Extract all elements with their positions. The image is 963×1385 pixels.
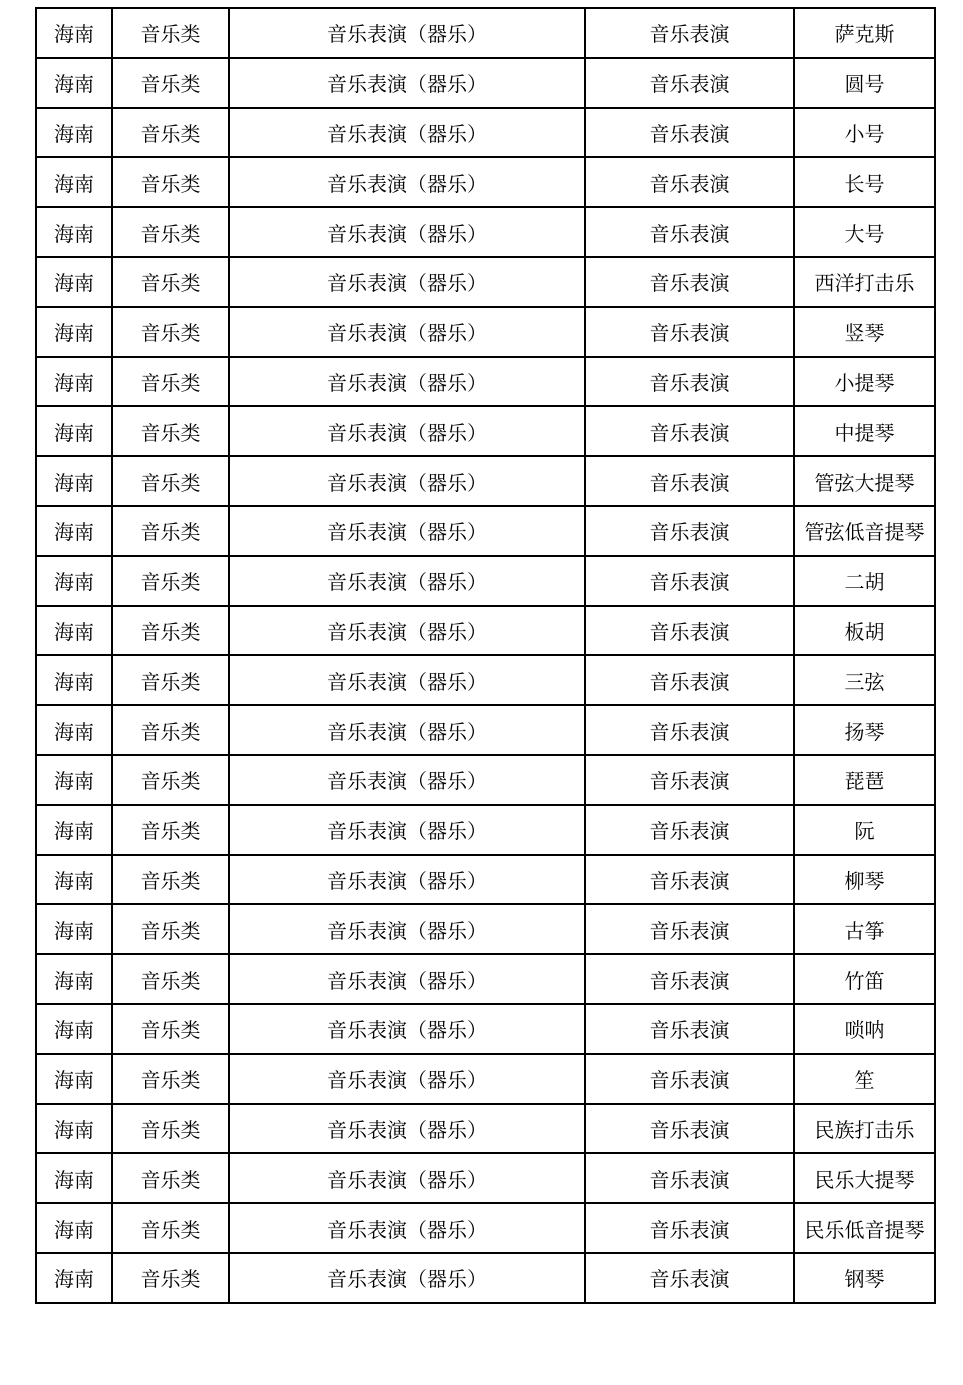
cell-exam-subject: 音乐表演 <box>585 58 794 108</box>
cell-category: 音乐类 <box>112 456 229 506</box>
cell-category: 音乐类 <box>112 1004 229 1054</box>
cell-category: 音乐类 <box>112 1104 229 1154</box>
table-row: 海南音乐类音乐表演（器乐）音乐表演长号 <box>36 157 935 207</box>
cell-category: 音乐类 <box>112 855 229 905</box>
cell-category: 音乐类 <box>112 755 229 805</box>
cell-instrument: 中提琴 <box>794 406 935 456</box>
table-row: 海南音乐类音乐表演（器乐）音乐表演西洋打击乐 <box>36 257 935 307</box>
cell-instrument: 笙 <box>794 1054 935 1104</box>
cell-region: 海南 <box>36 157 112 207</box>
cell-exam-subject: 音乐表演 <box>585 855 794 905</box>
cell-instrument: 小提琴 <box>794 357 935 407</box>
table-row: 海南音乐类音乐表演（器乐）音乐表演中提琴 <box>36 406 935 456</box>
cell-category: 音乐类 <box>112 556 229 606</box>
cell-instrument: 民乐低音提琴 <box>794 1203 935 1253</box>
cell-region: 海南 <box>36 556 112 606</box>
cell-region: 海南 <box>36 805 112 855</box>
cell-region: 海南 <box>36 1004 112 1054</box>
table-row: 海南音乐类音乐表演（器乐）音乐表演钢琴 <box>36 1253 935 1303</box>
cell-region: 海南 <box>36 904 112 954</box>
cell-region: 海南 <box>36 954 112 1004</box>
instrument-table: 海南音乐类音乐表演（器乐）音乐表演萨克斯海南音乐类音乐表演（器乐）音乐表演圆号海… <box>35 7 936 1304</box>
cell-major: 音乐表演（器乐） <box>229 755 585 805</box>
cell-instrument: 圆号 <box>794 58 935 108</box>
cell-major: 音乐表演（器乐） <box>229 705 585 755</box>
cell-region: 海南 <box>36 207 112 257</box>
cell-exam-subject: 音乐表演 <box>585 456 794 506</box>
cell-region: 海南 <box>36 307 112 357</box>
cell-category: 音乐类 <box>112 1253 229 1303</box>
cell-category: 音乐类 <box>112 904 229 954</box>
cell-major: 音乐表演（器乐） <box>229 1153 585 1203</box>
cell-exam-subject: 音乐表演 <box>585 1253 794 1303</box>
cell-region: 海南 <box>36 456 112 506</box>
table-row: 海南音乐类音乐表演（器乐）音乐表演三弦 <box>36 655 935 705</box>
cell-instrument: 唢呐 <box>794 1004 935 1054</box>
cell-category: 音乐类 <box>112 506 229 556</box>
cell-region: 海南 <box>36 1104 112 1154</box>
table-row: 海南音乐类音乐表演（器乐）音乐表演萨克斯 <box>36 8 935 58</box>
cell-instrument: 柳琴 <box>794 855 935 905</box>
cell-major: 音乐表演（器乐） <box>229 157 585 207</box>
cell-major: 音乐表演（器乐） <box>229 58 585 108</box>
cell-category: 音乐类 <box>112 108 229 158</box>
cell-exam-subject: 音乐表演 <box>585 1203 794 1253</box>
cell-category: 音乐类 <box>112 307 229 357</box>
cell-major: 音乐表演（器乐） <box>229 904 585 954</box>
cell-major: 音乐表演（器乐） <box>229 506 585 556</box>
table-row: 海南音乐类音乐表演（器乐）音乐表演古筝 <box>36 904 935 954</box>
cell-exam-subject: 音乐表演 <box>585 207 794 257</box>
table-row: 海南音乐类音乐表演（器乐）音乐表演竹笛 <box>36 954 935 1004</box>
cell-region: 海南 <box>36 108 112 158</box>
cell-category: 音乐类 <box>112 1054 229 1104</box>
table-row: 海南音乐类音乐表演（器乐）音乐表演二胡 <box>36 556 935 606</box>
cell-exam-subject: 音乐表演 <box>585 1153 794 1203</box>
cell-region: 海南 <box>36 1153 112 1203</box>
cell-major: 音乐表演（器乐） <box>229 406 585 456</box>
cell-region: 海南 <box>36 8 112 58</box>
cell-exam-subject: 音乐表演 <box>585 556 794 606</box>
cell-category: 音乐类 <box>112 1153 229 1203</box>
table-row: 海南音乐类音乐表演（器乐）音乐表演琵琶 <box>36 755 935 805</box>
cell-instrument: 大号 <box>794 207 935 257</box>
cell-exam-subject: 音乐表演 <box>585 307 794 357</box>
cell-region: 海南 <box>36 506 112 556</box>
cell-category: 音乐类 <box>112 954 229 1004</box>
table-body: 海南音乐类音乐表演（器乐）音乐表演萨克斯海南音乐类音乐表演（器乐）音乐表演圆号海… <box>36 8 935 1303</box>
table-row: 海南音乐类音乐表演（器乐）音乐表演扬琴 <box>36 705 935 755</box>
cell-major: 音乐表演（器乐） <box>229 257 585 307</box>
cell-category: 音乐类 <box>112 157 229 207</box>
cell-instrument: 民族打击乐 <box>794 1104 935 1154</box>
cell-instrument: 钢琴 <box>794 1253 935 1303</box>
cell-region: 海南 <box>36 257 112 307</box>
table-row: 海南音乐类音乐表演（器乐）音乐表演竖琴 <box>36 307 935 357</box>
cell-exam-subject: 音乐表演 <box>585 108 794 158</box>
cell-major: 音乐表演（器乐） <box>229 207 585 257</box>
cell-category: 音乐类 <box>112 705 229 755</box>
cell-exam-subject: 音乐表演 <box>585 406 794 456</box>
cell-major: 音乐表演（器乐） <box>229 456 585 506</box>
cell-exam-subject: 音乐表演 <box>585 705 794 755</box>
cell-instrument: 阮 <box>794 805 935 855</box>
cell-instrument: 三弦 <box>794 655 935 705</box>
cell-major: 音乐表演（器乐） <box>229 8 585 58</box>
cell-instrument: 古筝 <box>794 904 935 954</box>
table-row: 海南音乐类音乐表演（器乐）音乐表演笙 <box>36 1054 935 1104</box>
cell-exam-subject: 音乐表演 <box>585 755 794 805</box>
cell-major: 音乐表演（器乐） <box>229 954 585 1004</box>
cell-instrument: 管弦大提琴 <box>794 456 935 506</box>
cell-category: 音乐类 <box>112 8 229 58</box>
cell-category: 音乐类 <box>112 357 229 407</box>
table-row: 海南音乐类音乐表演（器乐）音乐表演板胡 <box>36 606 935 656</box>
cell-instrument: 长号 <box>794 157 935 207</box>
table-row: 海南音乐类音乐表演（器乐）音乐表演阮 <box>36 805 935 855</box>
cell-instrument: 扬琴 <box>794 705 935 755</box>
cell-instrument: 管弦低音提琴 <box>794 506 935 556</box>
cell-region: 海南 <box>36 755 112 805</box>
cell-instrument: 萨克斯 <box>794 8 935 58</box>
table-row: 海南音乐类音乐表演（器乐）音乐表演小提琴 <box>36 357 935 407</box>
table-row: 海南音乐类音乐表演（器乐）音乐表演圆号 <box>36 58 935 108</box>
cell-exam-subject: 音乐表演 <box>585 655 794 705</box>
cell-exam-subject: 音乐表演 <box>585 1054 794 1104</box>
cell-major: 音乐表演（器乐） <box>229 855 585 905</box>
cell-region: 海南 <box>36 1054 112 1104</box>
cell-category: 音乐类 <box>112 1203 229 1253</box>
cell-category: 音乐类 <box>112 655 229 705</box>
cell-category: 音乐类 <box>112 257 229 307</box>
cell-exam-subject: 音乐表演 <box>585 904 794 954</box>
cell-category: 音乐类 <box>112 606 229 656</box>
cell-instrument: 板胡 <box>794 606 935 656</box>
table-row: 海南音乐类音乐表演（器乐）音乐表演小号 <box>36 108 935 158</box>
cell-category: 音乐类 <box>112 58 229 108</box>
cell-exam-subject: 音乐表演 <box>585 1104 794 1154</box>
cell-instrument: 西洋打击乐 <box>794 257 935 307</box>
table-row: 海南音乐类音乐表演（器乐）音乐表演唢呐 <box>36 1004 935 1054</box>
cell-region: 海南 <box>36 357 112 407</box>
cell-instrument: 二胡 <box>794 556 935 606</box>
cell-major: 音乐表演（器乐） <box>229 1203 585 1253</box>
cell-region: 海南 <box>36 1203 112 1253</box>
table-row: 海南音乐类音乐表演（器乐）音乐表演民乐大提琴 <box>36 1153 935 1203</box>
cell-exam-subject: 音乐表演 <box>585 954 794 1004</box>
table-row: 海南音乐类音乐表演（器乐）音乐表演柳琴 <box>36 855 935 905</box>
cell-major: 音乐表演（器乐） <box>229 357 585 407</box>
cell-region: 海南 <box>36 1253 112 1303</box>
cell-instrument: 竖琴 <box>794 307 935 357</box>
cell-instrument: 小号 <box>794 108 935 158</box>
cell-major: 音乐表演（器乐） <box>229 606 585 656</box>
cell-exam-subject: 音乐表演 <box>585 8 794 58</box>
cell-major: 音乐表演（器乐） <box>229 556 585 606</box>
cell-region: 海南 <box>36 606 112 656</box>
cell-region: 海南 <box>36 855 112 905</box>
cell-region: 海南 <box>36 655 112 705</box>
cell-exam-subject: 音乐表演 <box>585 506 794 556</box>
table-row: 海南音乐类音乐表演（器乐）音乐表演管弦低音提琴 <box>36 506 935 556</box>
cell-region: 海南 <box>36 705 112 755</box>
cell-major: 音乐表演（器乐） <box>229 307 585 357</box>
table-row: 海南音乐类音乐表演（器乐）音乐表演大号 <box>36 207 935 257</box>
cell-major: 音乐表演（器乐） <box>229 108 585 158</box>
cell-instrument: 民乐大提琴 <box>794 1153 935 1203</box>
cell-category: 音乐类 <box>112 207 229 257</box>
cell-major: 音乐表演（器乐） <box>229 1054 585 1104</box>
cell-instrument: 琵琶 <box>794 755 935 805</box>
table-row: 海南音乐类音乐表演（器乐）音乐表演民族打击乐 <box>36 1104 935 1154</box>
cell-major: 音乐表演（器乐） <box>229 1104 585 1154</box>
cell-exam-subject: 音乐表演 <box>585 157 794 207</box>
cell-major: 音乐表演（器乐） <box>229 655 585 705</box>
cell-exam-subject: 音乐表演 <box>585 1004 794 1054</box>
cell-major: 音乐表演（器乐） <box>229 1253 585 1303</box>
cell-region: 海南 <box>36 406 112 456</box>
cell-exam-subject: 音乐表演 <box>585 257 794 307</box>
table-row: 海南音乐类音乐表演（器乐）音乐表演民乐低音提琴 <box>36 1203 935 1253</box>
cell-instrument: 竹笛 <box>794 954 935 1004</box>
cell-major: 音乐表演（器乐） <box>229 805 585 855</box>
cell-category: 音乐类 <box>112 805 229 855</box>
cell-exam-subject: 音乐表演 <box>585 606 794 656</box>
cell-exam-subject: 音乐表演 <box>585 805 794 855</box>
cell-exam-subject: 音乐表演 <box>585 357 794 407</box>
table-row: 海南音乐类音乐表演（器乐）音乐表演管弦大提琴 <box>36 456 935 506</box>
cell-region: 海南 <box>36 58 112 108</box>
cell-major: 音乐表演（器乐） <box>229 1004 585 1054</box>
cell-category: 音乐类 <box>112 406 229 456</box>
